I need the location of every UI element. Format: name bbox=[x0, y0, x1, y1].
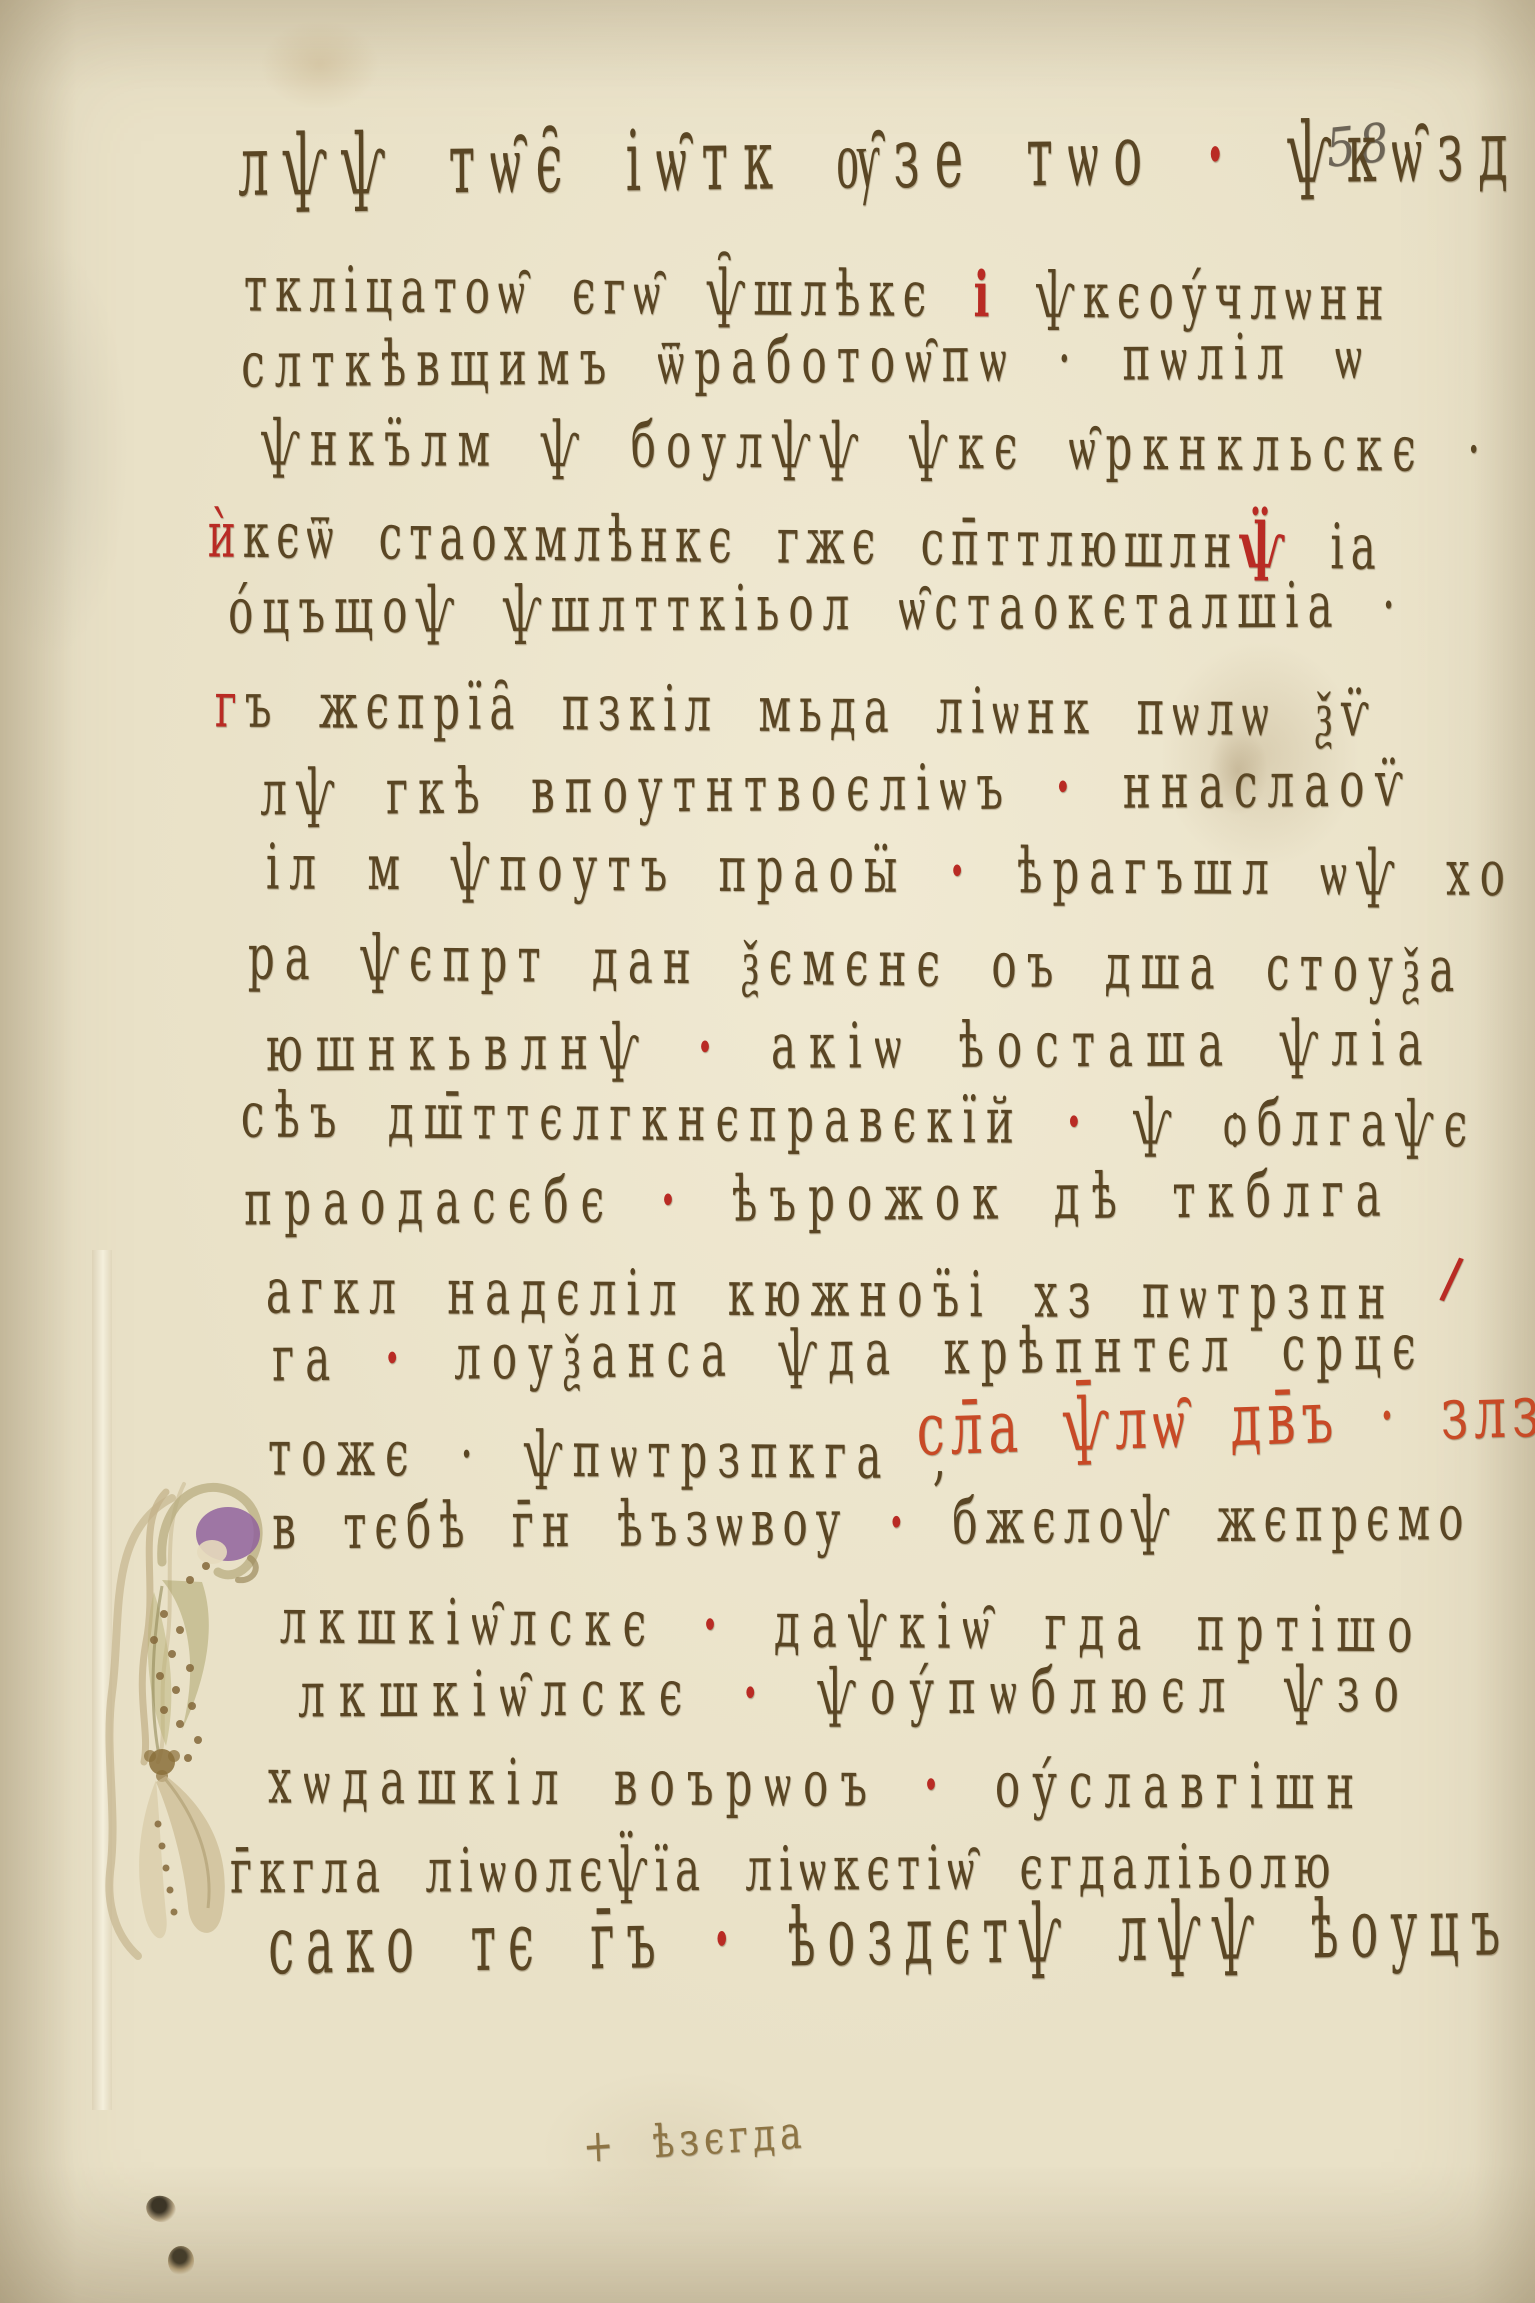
parchment-stain bbox=[0, 240, 130, 660]
text-line: ѱнкъ̈лм ѱ боулѱѱ ѱкє ѡ̑ркнкльскє · bbox=[262, 406, 1491, 487]
text-line: хѡдашкіл воърѡоъ · оу́славгішн bbox=[268, 1744, 1367, 1825]
text-line: ра ѱєпрт дан ѯємєнє оъ дша стоуѯа bbox=[248, 920, 1465, 1008]
text-segment: іл м ѱпоутъ праоӹ bbox=[266, 830, 907, 907]
text-line: тожє · ѱпѡтрзпкга , bbox=[268, 1416, 956, 1495]
text-segment: лѱѱ тѡ̑є̑ іѡ̑тк ѹ̑зе тѡо bbox=[238, 107, 1157, 216]
text-segment: о́цъщоѱ ѱшлтткіьол ѡ̑стаокєталшіа · bbox=[228, 568, 1404, 648]
text-line: лѱ гкѣ впоутнтвоєліѡъ · ннаслаоѵ̈ bbox=[260, 747, 1413, 831]
text-segment: слткѣвщимъ ѿработоѡ̑пѡ · пѡліл ѡ bbox=[241, 319, 1372, 401]
text-segment: в тєбѣ г̄н ѣъзѡвоу bbox=[272, 1485, 849, 1563]
parchment-stain bbox=[260, 20, 380, 110]
text-segment: + ѣзєгда bbox=[582, 2107, 807, 2173]
text-segment: га bbox=[272, 1321, 341, 1395]
text-segment: · bbox=[658, 1587, 774, 1661]
text-segment: / bbox=[1438, 1244, 1466, 1313]
ink-speck bbox=[168, 2246, 194, 2276]
text-segment: ѣоздєтѱ лѱѱ ѣоуцъ bbox=[787, 1879, 1512, 1985]
text-segment: сл̄а ѱ̄лѡ̑ дв̄ъ · злз bbox=[916, 1369, 1535, 1472]
text-segment: ѱоу́пѡблюєл ѱзо bbox=[818, 1652, 1413, 1729]
text-segment: ра ѱєпрт дан ѯємєнє оъ дша стоуѯа bbox=[248, 920, 1465, 1006]
manuscript-page: 58 bbox=[0, 0, 1535, 2303]
text-line: юшнкьвлнѱ · акіѡ ѣосташа ѱліа bbox=[266, 1006, 1436, 1087]
text-segment: · bbox=[667, 1890, 788, 1986]
page-crease bbox=[92, 1250, 112, 2110]
text-segment: ѝ bbox=[208, 498, 243, 572]
text-segment: праодасєбє bbox=[244, 1163, 616, 1239]
text-segment: ѱкѡ̑зд bbox=[1288, 102, 1523, 203]
text-line: слткѣвщимъ ѿработоѡ̑пѡ · пѡліл ѡ bbox=[241, 319, 1372, 403]
text-line: праодасєбє · ѣърожок дѣ ткблга bbox=[244, 1157, 1393, 1240]
text-segment: лкшкіѡ̑лскє bbox=[280, 1584, 658, 1660]
text-line: лѱѱ тѡ̑є̑ іѡ̑тк ѹ̑зе тѡо · ѱкѡ̑зд bbox=[238, 102, 1523, 216]
text-line: в тєбѣ г̄н ѣъзѡвоу · бжєлоѱ жєпрємо bbox=[272, 1481, 1472, 1565]
text-segment: · bbox=[341, 1320, 454, 1395]
rubric-line: сл̄а ѱ̄лѡ̑ дв̄ъ · злз bbox=[916, 1369, 1535, 1472]
text-segment: лѱ гкѣ впоутнтвоєліѡъ bbox=[260, 750, 1013, 829]
text-line: лкшкіѡ̑лскє · ѱоу́пѡблюєл ѱзо bbox=[298, 1652, 1413, 1733]
text-segment: і bbox=[973, 258, 997, 332]
text-line: о́цъщоѱ ѱшлтткіьол ѡ̑стаокєталшіа · bbox=[228, 568, 1404, 649]
text-segment: · bbox=[907, 833, 1017, 907]
text-segment: ннаслаоѵ̈ bbox=[1123, 747, 1413, 823]
text-segment: ѣрагъшл ѡѱ хо bbox=[1017, 834, 1515, 910]
text-segment: · bbox=[1157, 105, 1289, 205]
text-segment: лкшкіѡ̑лскє bbox=[298, 1656, 696, 1732]
text-segment: г bbox=[215, 668, 245, 742]
text-segment: хѡдашкіл воърѡоъ bbox=[268, 1744, 879, 1821]
text-segment: сѣъ дш̄ттєлгкнєправєкїй bbox=[241, 1078, 1024, 1158]
red-margin-tick: / bbox=[1438, 1244, 1466, 1313]
text-segment: · bbox=[652, 1009, 771, 1083]
text-line: сако тє г̄ъ · ѣоздєтѱ лѱѱ ѣоуцъ bbox=[268, 1879, 1512, 1992]
text-segment: бжєлоѱ жєпрємо bbox=[952, 1481, 1471, 1559]
text-segment: · bbox=[696, 1655, 818, 1729]
ink-speck bbox=[142, 2192, 179, 2227]
text-segment: ѱ ѻблгаѱє bbox=[1134, 1085, 1478, 1161]
text-segment: ткліцатоѡ̑ єгѡ̑ ѱ̑шлѣкє bbox=[244, 252, 974, 331]
text-segment: тожє · ѱпѡтрзпкга , bbox=[268, 1416, 956, 1493]
text-segment: ѱнкъ̈лм ѱ боулѱѱ ѱкє ѡ̑ркнкльскє · bbox=[262, 406, 1491, 486]
text-segment: · bbox=[1024, 1084, 1134, 1158]
text-segment: · bbox=[1013, 749, 1123, 823]
text-segment: акіѡ ѣосташа ѱліа bbox=[771, 1006, 1436, 1083]
text-segment: · bbox=[879, 1747, 995, 1821]
text-segment: ъ жєпрїа̑ пзкіл мьда ліѡнк пѡлѡ ѯѵ̈ bbox=[245, 668, 1377, 750]
text-segment: · bbox=[616, 1162, 732, 1236]
text-segment: ѣърожок дѣ ткблга bbox=[732, 1157, 1393, 1236]
text-segment: · bbox=[848, 1485, 952, 1559]
text-segment: сако тє г̄ъ bbox=[268, 1892, 668, 1993]
text-line: іл м ѱпоутъ праоӹ · ѣрагъшл ѡѱ хо bbox=[266, 830, 1515, 912]
text-line: гъ жєпрїа̑ пзкіл мьда ліѡнк пѡлѡ ѯѵ̈ bbox=[215, 668, 1377, 752]
marginal-inscription: + ѣзєгда bbox=[582, 2107, 807, 2173]
text-segment: юшнкьвлнѱ bbox=[266, 1010, 652, 1086]
text-segment: оу́славгішн bbox=[995, 1748, 1367, 1823]
text-line: сѣъ дш̄ттєлгкнєправєкїй · ѱ ѻблгаѱє bbox=[241, 1078, 1478, 1163]
